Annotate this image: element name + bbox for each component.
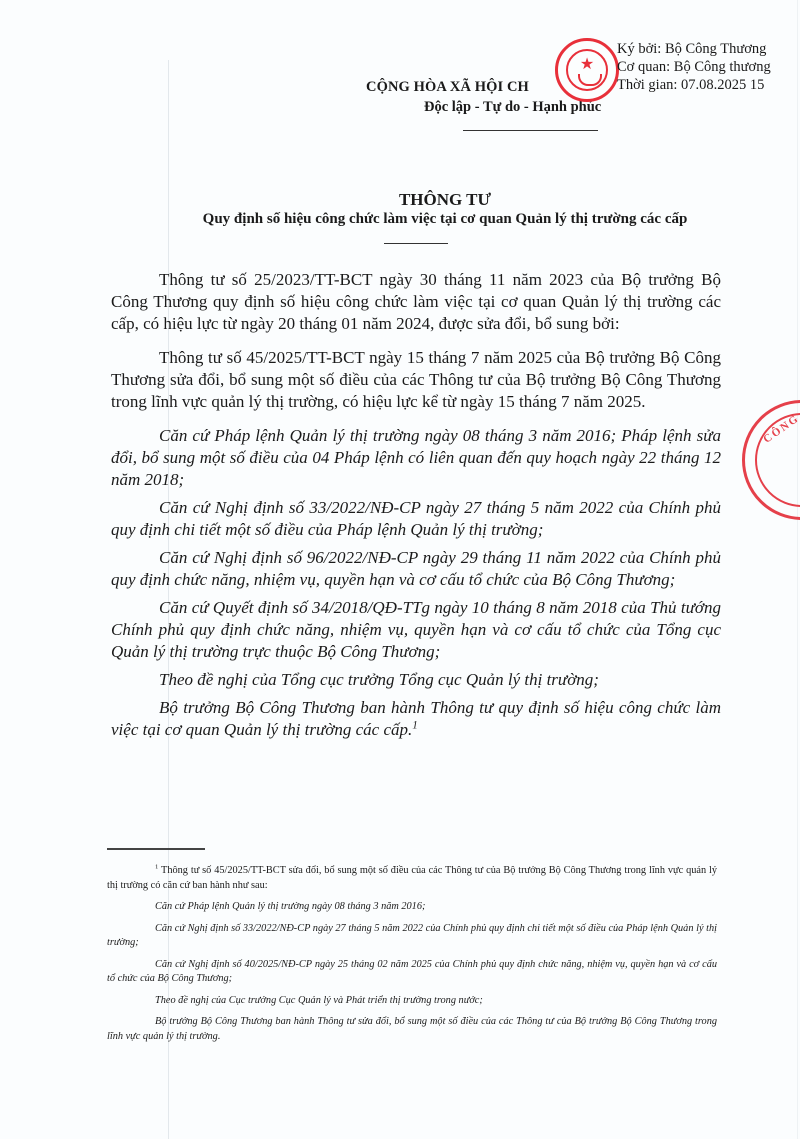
title-underline <box>384 243 448 244</box>
national-emblem-seal-icon: ★ <box>555 38 619 102</box>
document-type-text: THÔNG TƯ <box>399 190 491 209</box>
footnote-item: Căn cứ Nghị định số 33/2022/NĐ-CP ngày 2… <box>107 922 717 951</box>
footnote-item: Căn cứ Pháp lệnh Quản lý thị trường ngày… <box>107 900 717 915</box>
footnote-item: Căn cứ Nghị định số 40/2025/NĐ-CP ngày 2… <box>107 958 717 987</box>
motto-underline <box>463 130 598 131</box>
side-seal-icon: CÔNG <box>742 400 800 520</box>
body-paragraph: Căn cứ Pháp lệnh Quản lý thị trường ngày… <box>111 425 721 491</box>
scan-edge-line <box>797 0 798 1139</box>
seal-star-icon: ★ <box>558 57 616 73</box>
body-paragraph: Căn cứ Nghị định số 33/2022/NĐ-CP ngày 2… <box>111 497 721 541</box>
footnote-reference: 1 <box>412 719 418 731</box>
footnotes: 1 Thông tư số 45/2025/TT-BCT sửa đổi, bổ… <box>107 864 717 1051</box>
national-title: CỘNG HÒA XÃ HỘI CH <box>366 79 529 96</box>
body-paragraph: Căn cứ Nghị định số 96/2022/NĐ-CP ngày 2… <box>111 547 721 591</box>
document-page: CỘNG HÒA XÃ HỘI CH Độc lập - Tự do - Hạn… <box>0 0 800 1139</box>
side-seal-text: CÔNG <box>761 412 800 445</box>
document-subject-text: Quy định số hiệu công chức làm việc tại … <box>203 211 688 227</box>
body-paragraph: Bộ trưởng Bộ Công Thương ban hành Thông … <box>111 697 721 741</box>
body-paragraph: Thông tư số 25/2023/TT-BCT ngày 30 tháng… <box>111 269 721 335</box>
body-paragraph: Thông tư số 45/2025/TT-BCT ngày 15 tháng… <box>111 347 721 413</box>
footnote-item: 1 Thông tư số 45/2025/TT-BCT sửa đổi, bổ… <box>107 864 717 893</box>
footnote-marker: 1 <box>155 864 158 871</box>
document-type-title: THÔNG TƯ <box>0 190 800 210</box>
signature-time: Thời gian: 07.08.2025 15 <box>617 76 771 94</box>
national-title-left: CỘNG HÒA XÃ HỘI CH <box>366 79 529 95</box>
footnote-item: Bộ trưởng Bộ Công Thương ban hành Thông … <box>107 1015 717 1044</box>
signature-signer: Ký bởi: Bộ Công Thương <box>617 40 771 58</box>
body-paragraph: Căn cứ Quyết định số 34/2018/QĐ-TTg ngày… <box>111 597 721 663</box>
footnote-separator <box>107 848 205 850</box>
document-body: Thông tư số 25/2023/TT-BCT ngày 30 tháng… <box>111 269 721 747</box>
digital-signature-block: Ký bởi: Bộ Công Thương Cơ quan: Bộ Công … <box>617 40 771 94</box>
national-motto: Độc lập - Tự do - Hạnh phúc <box>424 99 601 116</box>
signature-agency: Cơ quan: Bộ Công thương <box>617 58 771 76</box>
document-subject: Quy định số hiệu công chức làm việc tại … <box>0 211 800 228</box>
seal-emblem-icon <box>578 74 602 86</box>
body-paragraph: Theo đề nghị của Tổng cục trưởng Tổng cụ… <box>111 669 721 691</box>
footnote-item: Theo đề nghị của Cục trưởng Cục Quản lý … <box>107 994 717 1009</box>
